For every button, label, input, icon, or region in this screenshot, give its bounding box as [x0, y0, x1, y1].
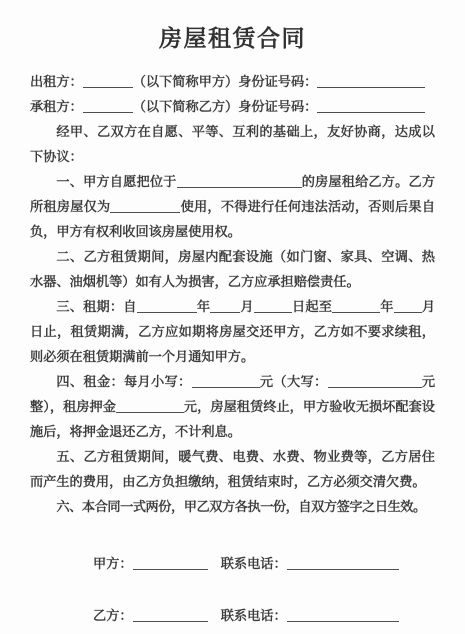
signature-block: 甲方： 联系电话： 乙方： 联系电话：: [30, 551, 435, 628]
blank-field: [133, 608, 208, 622]
lessor-line: 出租方：（以下简称甲方）身份证号码：: [30, 69, 435, 94]
blank-field: [137, 299, 197, 313]
preamble: 经甲、乙双方在自愿、平等、互利的基础上，友好协商，达成以下协议：: [30, 119, 435, 169]
party-b-signature-line: 乙方： 联系电话：: [93, 603, 435, 628]
blank-field: [192, 374, 260, 388]
lessee-line: 承租方：（以下简称乙方）身份证号码：: [30, 94, 435, 119]
blank-field: [177, 174, 302, 188]
blank-field: [287, 608, 399, 622]
blank-field: [210, 299, 240, 313]
blank-field: [317, 99, 425, 113]
document-title: 房屋租赁合同: [30, 20, 435, 53]
clause-5: 五、乙方租赁期间，暖气费、电费、水费、物业费等，乙方居住而产生的费用，由乙方负担…: [30, 444, 435, 494]
clause-1: 一、甲方自愿把位于的房屋租给乙方。乙方所租房屋仅为使用，不得进行任何违法活动，否…: [30, 169, 435, 244]
contract-page: 房屋租赁合同 出租方：（以下简称甲方）身份证号码： 承租方：（以下简称乙方）身份…: [0, 0, 465, 634]
party-a-signature-line: 甲方： 联系电话：: [93, 551, 435, 576]
blank-field: [328, 374, 422, 388]
clause-3: 三、租期：自年月日起至年月日止，租赁期满，乙方应如期将房屋交还甲方，乙方如不要求…: [30, 294, 435, 369]
blank-field: [83, 74, 133, 88]
clause-4: 四、租金：每月小写：元（大写：元整），租房押金元，房屋租赁终止，甲方验收无损坏配…: [30, 369, 435, 444]
clause-2: 二、乙方租赁期间，房屋内配套设施（如门窗、家具、空调、热水器、油烟机等）如有人为…: [30, 244, 435, 294]
blank-field: [394, 299, 422, 313]
blank-field: [317, 74, 425, 88]
clause-6: 六、本合同一式两份，甲乙双方各执一份，自双方签字之日生效。: [30, 494, 435, 519]
blank-field: [133, 556, 208, 570]
blank-field: [254, 299, 292, 313]
blank-field: [83, 99, 133, 113]
blank-field: [287, 556, 399, 570]
blank-field: [332, 299, 380, 313]
blank-field: [116, 399, 184, 413]
blank-field: [110, 199, 180, 213]
